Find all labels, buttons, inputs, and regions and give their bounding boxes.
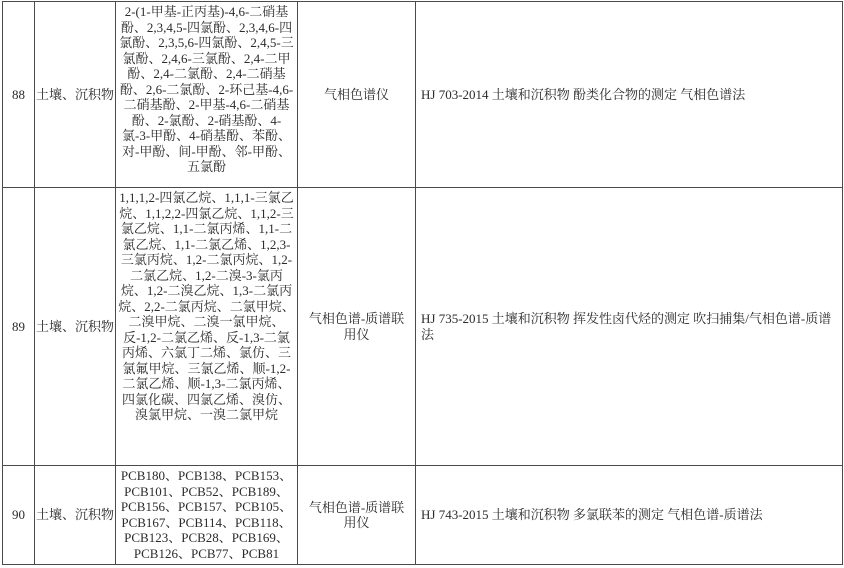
parameters-cell: 2-(1-甲基-正丙基)-4,6-二硝基酚、2,3,4,5-四氯酚、2,3,4,… <box>116 2 298 188</box>
table-row: 90 土壤、沉积物 PCB180、PCB138、PCB153、PCB101、PC… <box>3 466 843 565</box>
document-page: 88 土壤、沉积物 2-(1-甲基-正丙基)-4,6-二硝基酚、2,3,4,5-… <box>0 0 844 568</box>
row-number: 90 <box>3 466 35 565</box>
table-row: 89 土壤、沉积物 1,1,1,2-四氯乙烷、1,1,1-三氯乙烷、1,1,2,… <box>3 188 843 466</box>
sample-type: 土壤、沉积物 <box>35 2 116 188</box>
testing-capability-table: 88 土壤、沉积物 2-(1-甲基-正丙基)-4,6-二硝基酚、2,3,4,5-… <box>2 1 843 565</box>
row-number: 89 <box>3 188 35 466</box>
table-row: 88 土壤、沉积物 2-(1-甲基-正丙基)-4,6-二硝基酚、2,3,4,5-… <box>3 2 843 188</box>
parameters-text: 2-(1-甲基-正丙基)-4,6-二硝基酚、2,3,4,5-四氯酚、2,3,4,… <box>116 2 297 186</box>
method-standard: HJ 735-2015 土壤和沉积物 挥发性卤代烃的测定 吹扫捕集/气相色谱-质… <box>416 188 843 466</box>
instrument: 气相色谱-质谱联用仪 <box>298 466 416 565</box>
parameters-cell: 1,1,1,2-四氯乙烷、1,1,1-三氯乙烷、1,1,2,2-四氯乙烷、1,1… <box>116 188 298 466</box>
method-standard: HJ 703-2014 土壤和沉积物 酚类化合物的测定 气相色谱法 <box>416 2 843 188</box>
sample-type: 土壤、沉积物 <box>35 188 116 466</box>
instrument: 气相色谱-质谱联用仪 <box>298 188 416 466</box>
parameters-text: 1,1,1,2-四氯乙烷、1,1,1-三氯乙烷、1,1,2,2-四氯乙烷、1,1… <box>116 188 297 464</box>
parameters-text: PCB180、PCB138、PCB153、PCB101、PCB52、PCB189… <box>116 466 297 563</box>
instrument: 气相色谱仪 <box>298 2 416 188</box>
sample-type: 土壤、沉积物 <box>35 466 116 565</box>
row-number: 88 <box>3 2 35 188</box>
method-standard: HJ 743-2015 土壤和沉积物 多氯联苯的测定 气相色谱-质谱法 <box>416 466 843 565</box>
parameters-cell: PCB180、PCB138、PCB153、PCB101、PCB52、PCB189… <box>116 466 298 565</box>
